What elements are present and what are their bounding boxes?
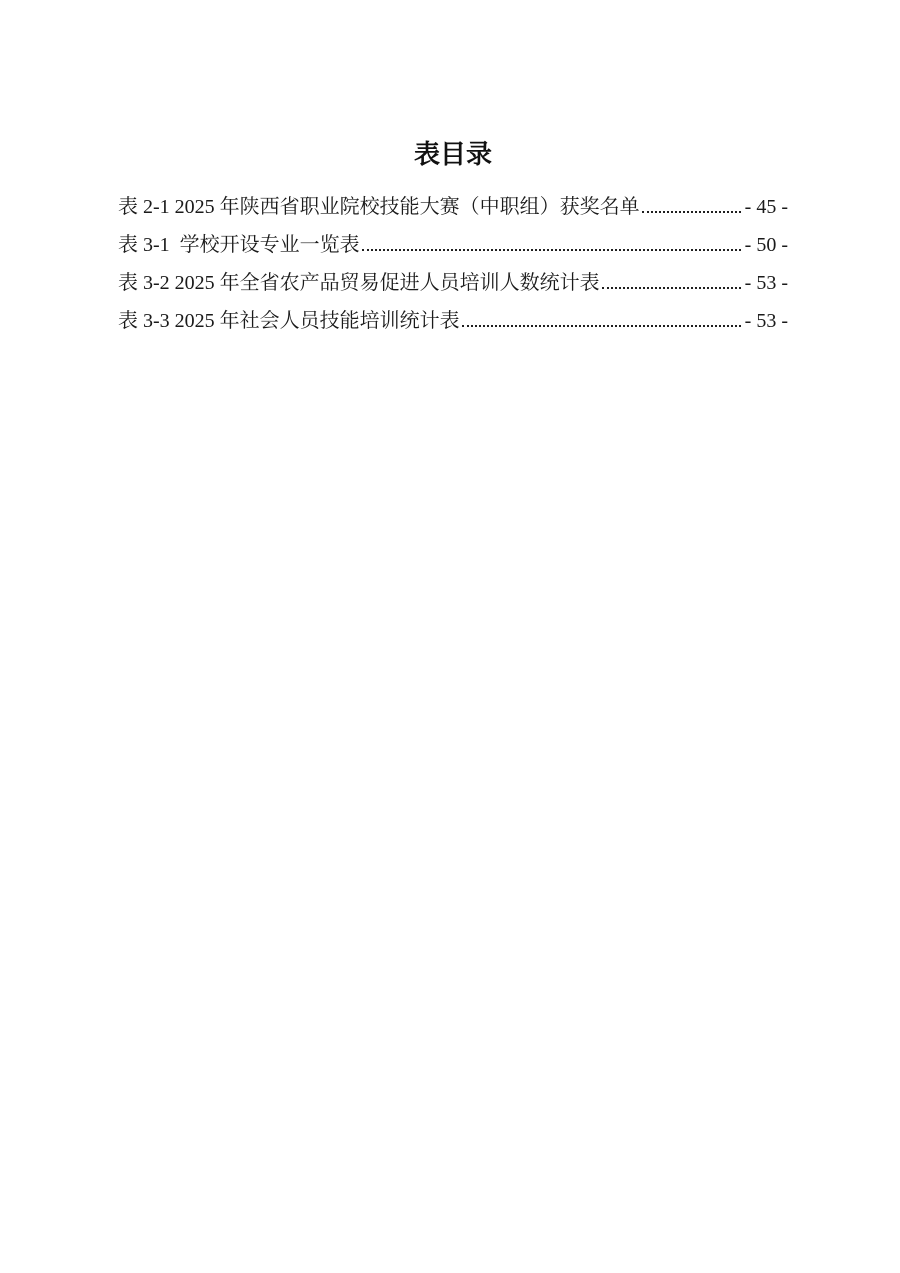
toc-entry-page-number: - 45 -: [745, 188, 788, 226]
page-title: 表目录: [118, 141, 788, 168]
document-page: 表目录 表 2-1 2025 年陕西省职业院校技能大赛（中职组）获奖名单 - 4…: [0, 0, 900, 1273]
toc-entry-label: 表 3-1 学校开设专业一览表: [118, 226, 360, 264]
toc-entry-page-number: - 50 -: [745, 226, 788, 264]
dot-leader: [642, 211, 741, 213]
dot-leader: [362, 249, 741, 251]
toc-entry[interactable]: 表 2-1 2025 年陕西省职业院校技能大赛（中职组）获奖名单 - 45 -: [118, 188, 788, 226]
toc-entry[interactable]: 表 3-1 学校开设专业一览表 - 50 -: [118, 226, 788, 264]
list-of-tables: 表 2-1 2025 年陕西省职业院校技能大赛（中职组）获奖名单 - 45 - …: [118, 188, 788, 340]
toc-entry-page-number: - 53 -: [745, 302, 788, 340]
toc-entry[interactable]: 表 3-2 2025 年全省农产品贸易促进人员培训人数统计表 - 53 -: [118, 264, 788, 302]
toc-entry-label: 表 3-2 2025 年全省农产品贸易促进人员培训人数统计表: [118, 264, 600, 302]
toc-entry-label: 表 3-3 2025 年社会人员技能培训统计表: [118, 302, 460, 340]
toc-entry[interactable]: 表 3-3 2025 年社会人员技能培训统计表 - 53 -: [118, 302, 788, 340]
dot-leader: [602, 287, 741, 289]
toc-entry-page-number: - 53 -: [745, 264, 788, 302]
dot-leader: [462, 325, 741, 327]
toc-entry-label: 表 2-1 2025 年陕西省职业院校技能大赛（中职组）获奖名单: [118, 188, 640, 226]
